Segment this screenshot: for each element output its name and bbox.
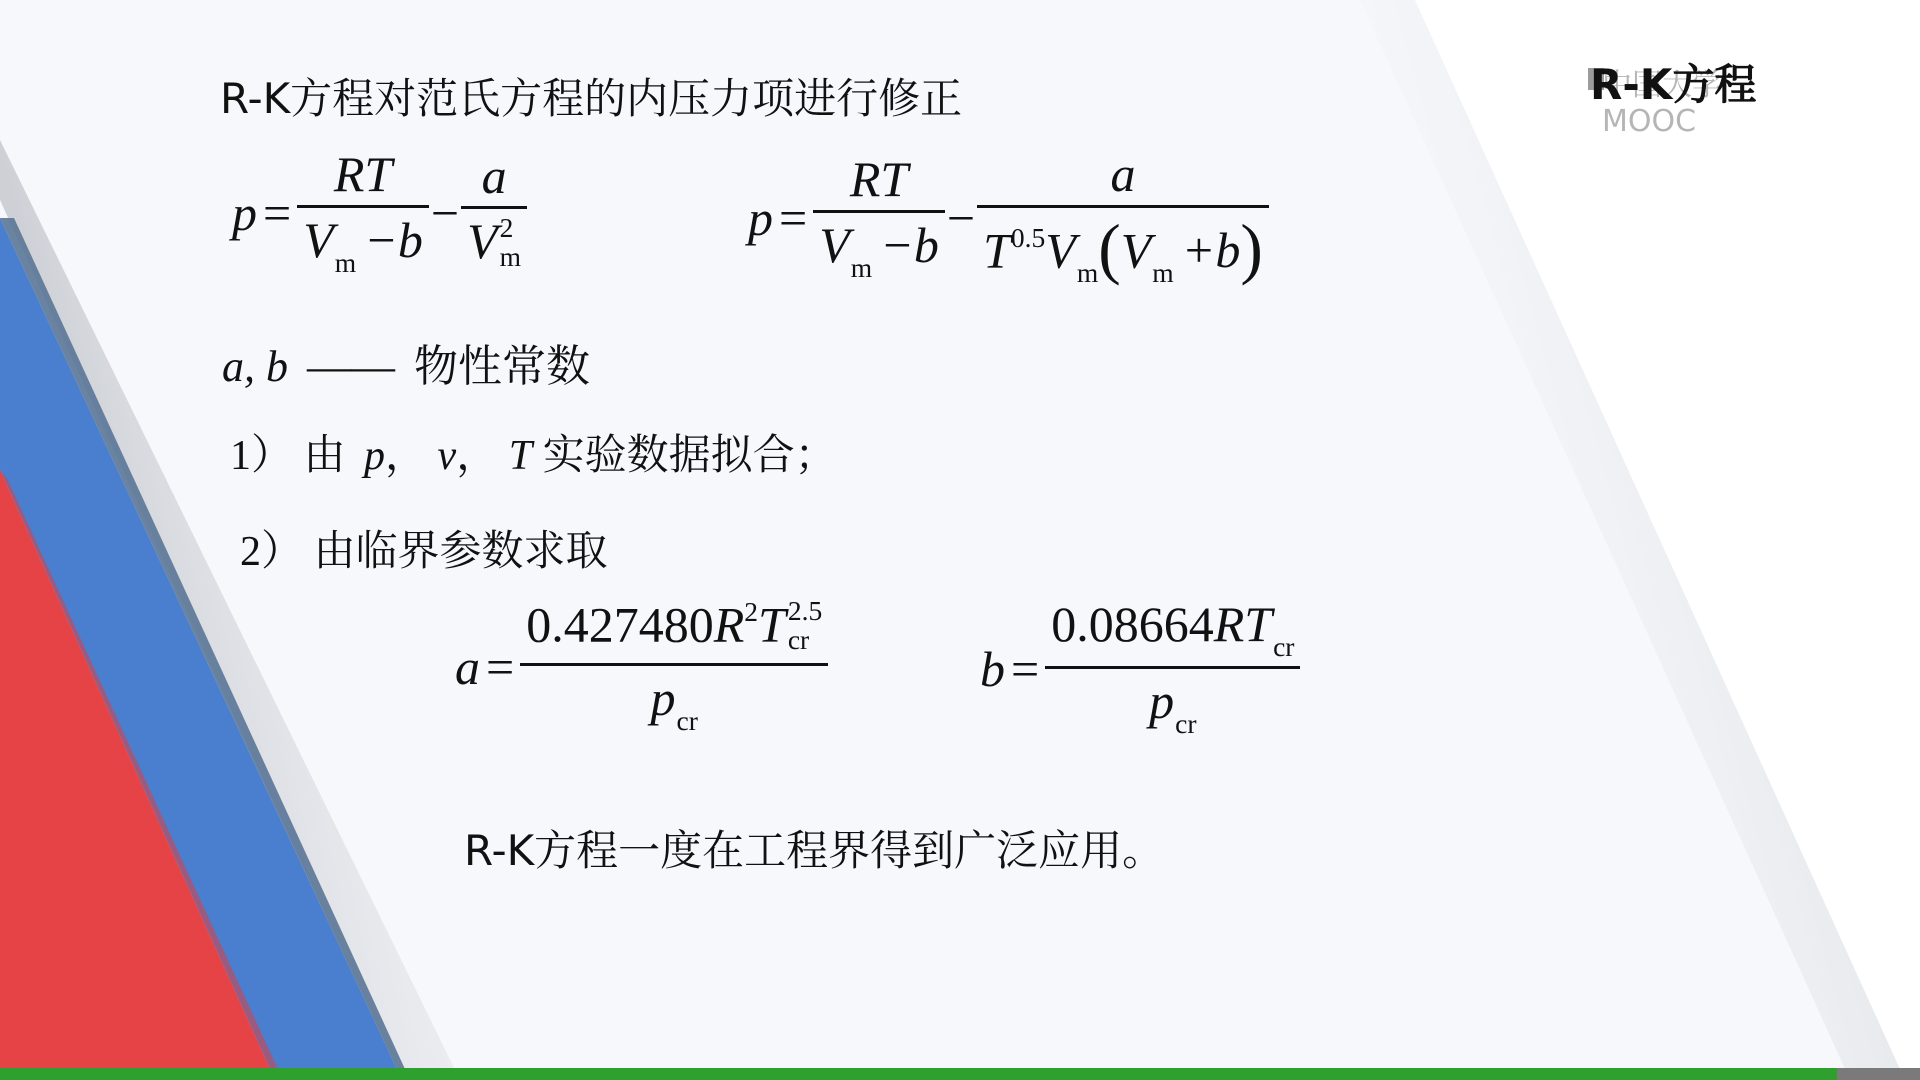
denominator-rest: −b <box>364 212 423 268</box>
denominator-V: V <box>303 212 334 268</box>
method-text: 实验数据拟合； <box>543 430 837 479</box>
eq-lhs: p <box>748 189 773 247</box>
eq-fraction-2: a V2m <box>461 150 527 276</box>
constants-line: a, b —— 物性常数 <box>222 330 590 394</box>
subscript: cr <box>1175 708 1196 739</box>
superscript: 0.5 <box>1011 222 1045 253</box>
eq-fraction-1: RT Vm−b <box>297 148 429 278</box>
numerator: RT <box>850 151 908 207</box>
subscript: m <box>1077 257 1098 288</box>
fraction-bar <box>1045 666 1300 669</box>
constants-symbols: a, b <box>222 342 288 391</box>
var-R: R <box>714 597 745 653</box>
progress-fill <box>0 1068 1837 1080</box>
fraction-bar <box>297 205 429 208</box>
b-fraction: 0.08664RTcr pcr <box>1045 598 1300 739</box>
eq-minus: − <box>431 184 459 242</box>
a-fraction: 0.427480R2T2.5cr pcr <box>520 598 828 736</box>
method-text: 由 <box>304 430 346 479</box>
method-text: 由临界参数求取 <box>314 526 608 575</box>
eq-lhs: p <box>232 184 257 242</box>
constants-label: 物性常数 <box>414 341 590 392</box>
numerator: RT <box>334 146 392 202</box>
separator: ， <box>456 430 498 479</box>
formula-lhs: a <box>455 638 480 696</box>
eq-equals: = <box>263 184 291 242</box>
coefficient: 0.427480 <box>526 597 714 653</box>
eq-equals: = <box>486 638 514 696</box>
superscript: 2.5 <box>788 597 822 626</box>
formula-lhs: b <box>980 640 1005 698</box>
denominator-V: V <box>1045 222 1076 278</box>
eq-minus: − <box>947 189 975 247</box>
denominator-plus-b: +b <box>1182 222 1241 278</box>
em-dash: —— <box>307 342 395 391</box>
method-1: 1） 由 p， v， T 实验数据拟合； <box>230 422 837 482</box>
denominator-T: T <box>983 222 1011 278</box>
var-p: p <box>364 433 385 479</box>
numerator: a <box>482 148 507 204</box>
eq-fraction-2: a T0.5Vm(Vm+b) <box>977 148 1269 288</box>
eq-equals: = <box>779 189 807 247</box>
a-formula: a = 0.427480R2T2.5cr pcr <box>455 598 828 736</box>
vdw-equation: p = RT Vm−b − a V2m <box>232 148 527 278</box>
var-RT: RT <box>1214 596 1272 652</box>
method-index: 1） <box>230 433 293 479</box>
corner-title-text: R-K方程 <box>1590 60 1756 109</box>
var-p: p <box>1149 673 1174 729</box>
fraction-bar <box>520 663 828 666</box>
var-v: v <box>438 433 457 479</box>
denominator-rest: −b <box>880 217 939 273</box>
numerator: a <box>1110 146 1135 202</box>
var-p: p <box>651 670 676 726</box>
slide-corner-title: 中国大学MOOC R-K方程 <box>1590 52 1756 112</box>
rk-equation: p = RT Vm−b − a T0.5Vm(Vm+b) <box>748 148 1269 288</box>
denominator-V: V <box>467 213 498 269</box>
method-index: 2） <box>240 529 303 575</box>
superscript: 2 <box>744 596 758 627</box>
subscript: cr <box>677 705 698 736</box>
open-paren: ( <box>1098 211 1120 286</box>
subscript: cr <box>1273 631 1294 662</box>
b-formula: b = 0.08664RTcr pcr <box>980 598 1300 739</box>
conclusion-text: R-K方程一度在工程界得到广泛应用。 <box>464 818 1164 878</box>
method-2: 2） 由临界参数求取 <box>240 518 608 578</box>
slide-heading: R-K方程对范氏方程的内压力项进行修正 <box>220 66 962 126</box>
var-T: T <box>509 433 532 479</box>
subscript: cr <box>788 626 822 655</box>
fraction-bar <box>461 206 527 209</box>
conclusion-label: R-K方程一度在工程界得到广泛应用。 <box>464 826 1164 875</box>
separator: ， <box>385 430 427 479</box>
coefficient: 0.08664 <box>1051 596 1214 652</box>
slide-heading-text: R-K方程对范氏方程的内压力项进行修正 <box>220 74 962 123</box>
var-T: T <box>758 597 786 653</box>
subscript: m <box>1152 257 1173 288</box>
video-progress-bar[interactable] <box>0 1068 1920 1080</box>
subscript: m <box>500 243 521 272</box>
denominator-V: V <box>1121 222 1152 278</box>
superscript: 2 <box>500 214 521 243</box>
eq-equals: = <box>1011 640 1039 698</box>
fraction-bar <box>813 210 945 213</box>
fraction-bar <box>977 205 1269 208</box>
subscript: m <box>851 252 872 283</box>
denominator-V: V <box>819 217 850 273</box>
subscript: m <box>335 247 356 278</box>
close-paren: ) <box>1240 211 1262 286</box>
eq-fraction-1: RT Vm−b <box>813 153 945 283</box>
